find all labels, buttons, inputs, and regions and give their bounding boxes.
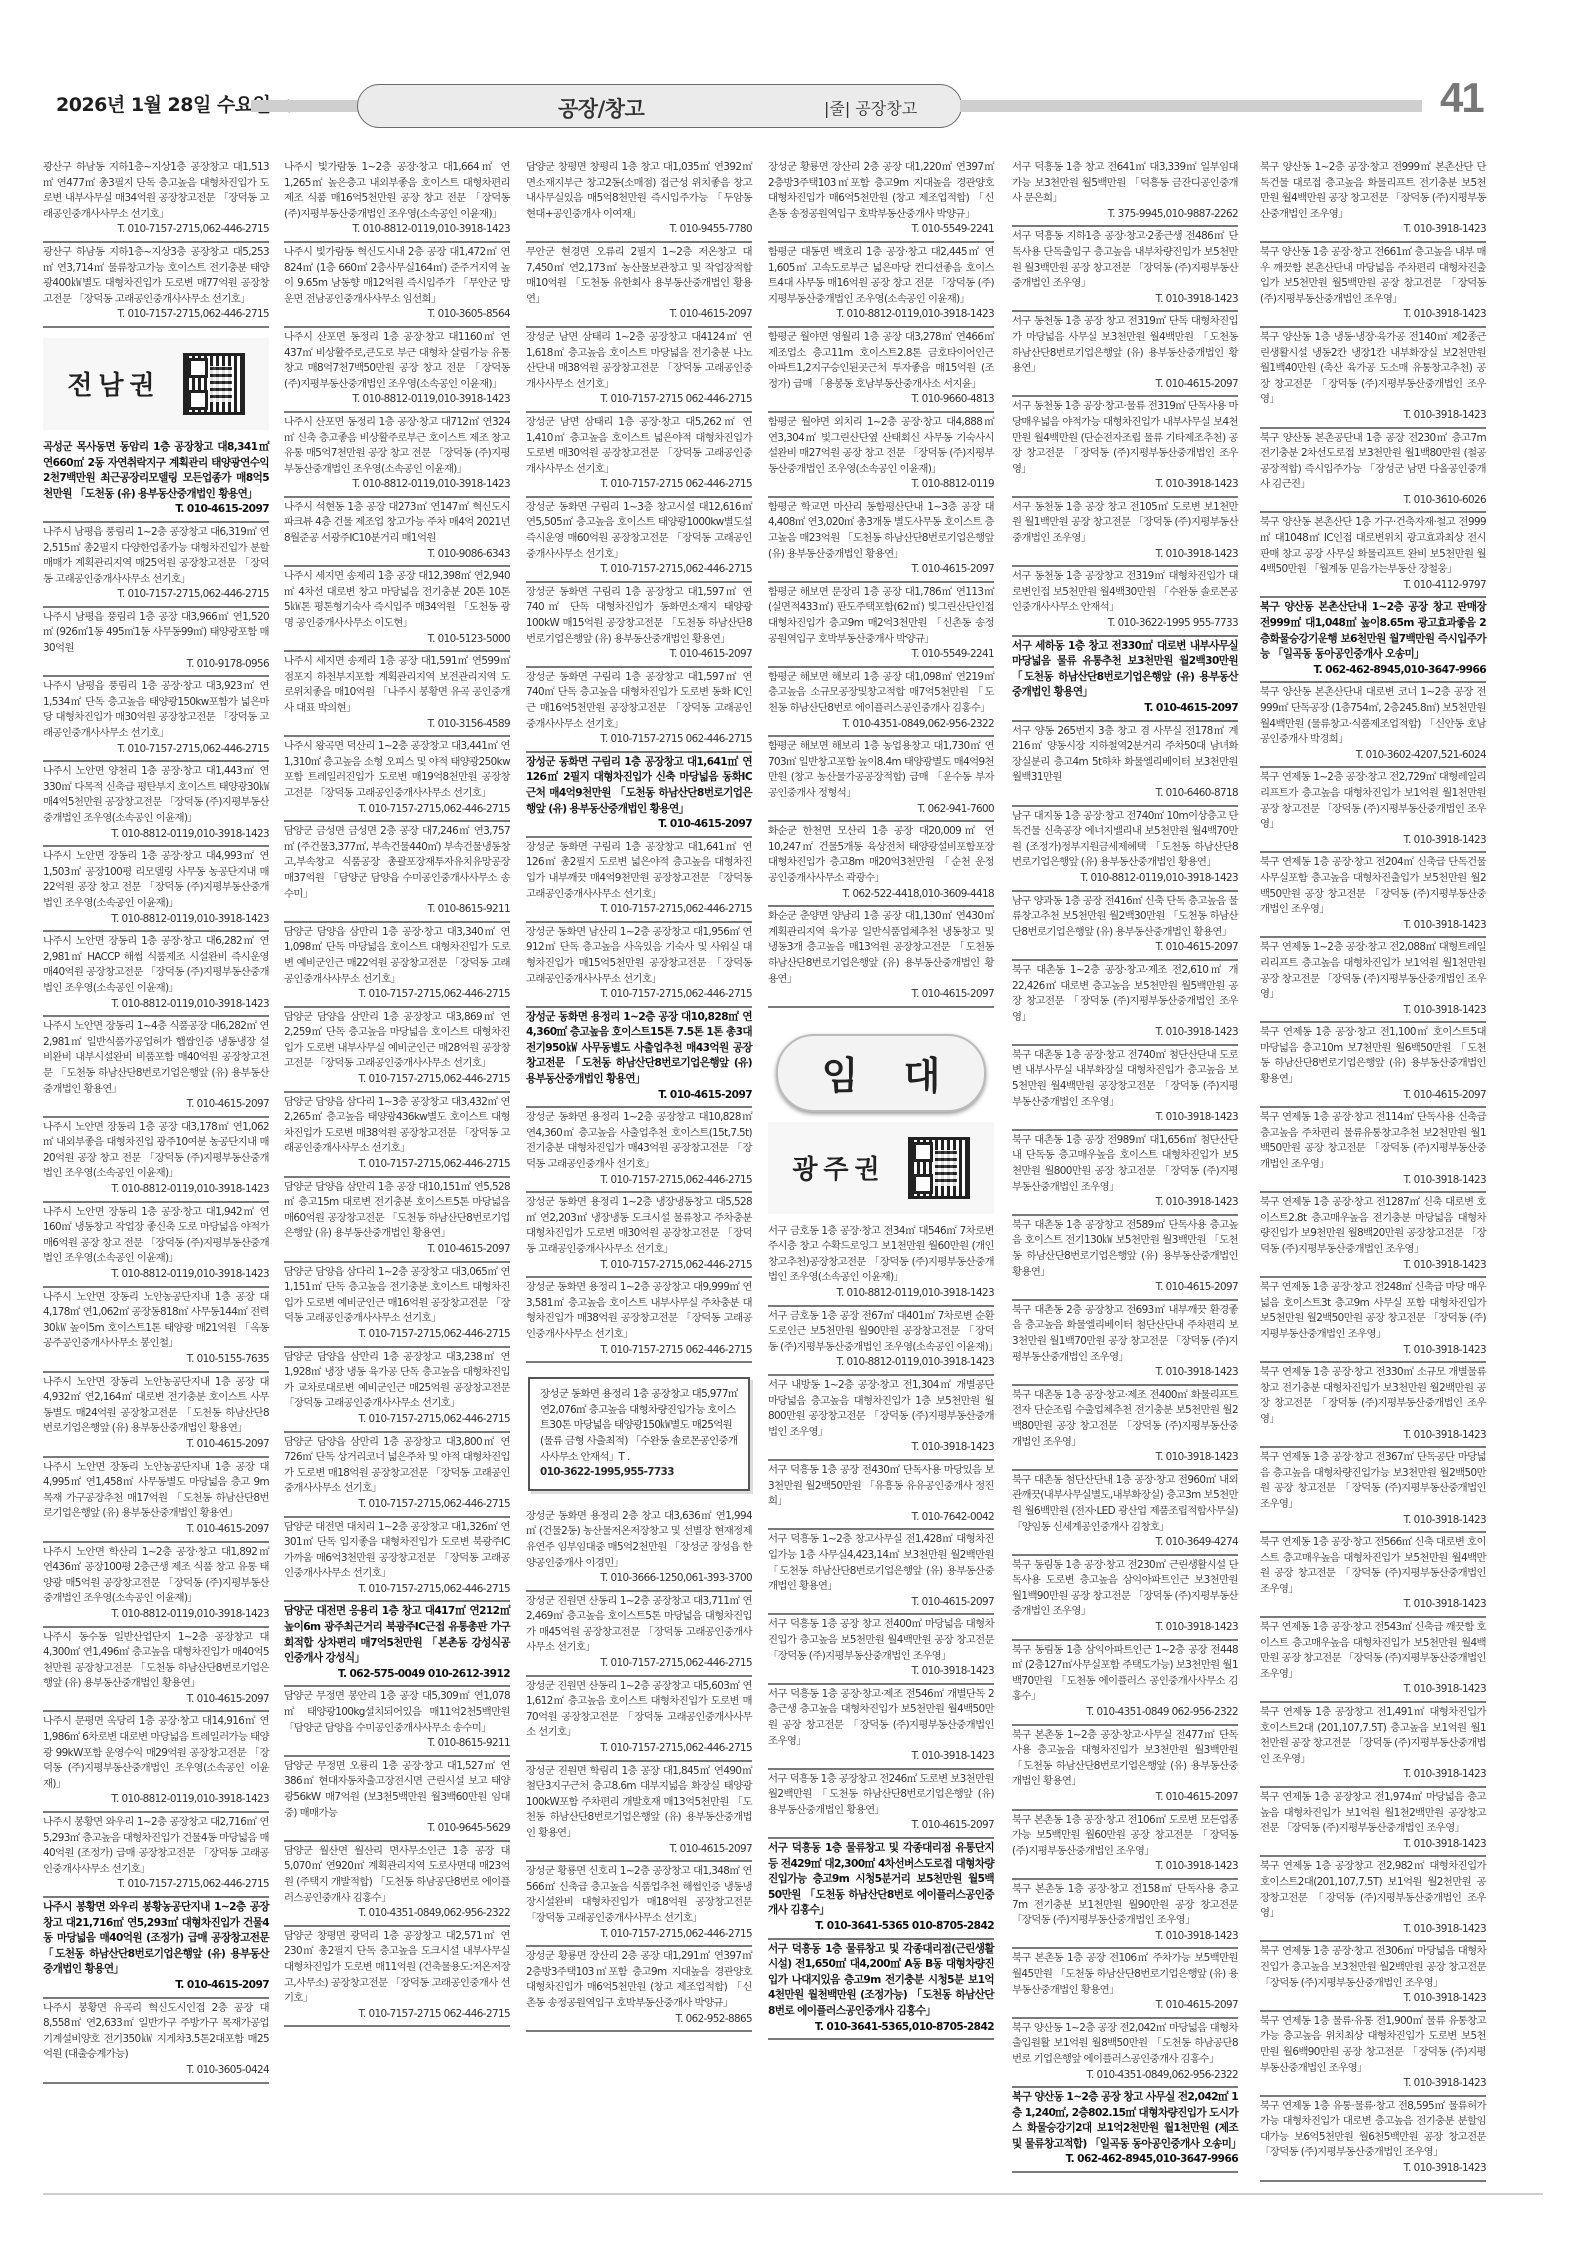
listing-phone: T. 010-8812-0119,010-3918-1423 [43, 1607, 269, 1623]
listing-text: 북구 대촌동 1층 공장·창고 전740㎡ 첨단산단내 도로변 내부사무실 내부… [1012, 1049, 1238, 1108]
listing-text: 북구 대촌동 1층 공장창고 전589㎡ 단독사용 층고높음 호이스트 전기13… [1012, 1219, 1238, 1278]
divider-bar [960, 100, 1422, 112]
listing-text: 장성군 황룡면 신호리 1~2층 공장창고 대1,348㎡ 연566㎡ 신축급 … [526, 1865, 752, 1924]
listing-phone: T. 010-7157-2715 062-446-2715 [526, 392, 752, 408]
listing-ad: 장성군 동화면 용정리 1~2층 냉장냉동창고 대5,528㎡ 연2,203㎡ … [526, 1193, 752, 1278]
listing-ad: 북구 본촌동 1층 공장·창고 전158㎡ 단독사용 층고7m 전기충분 보1천… [1012, 1880, 1238, 1949]
listing-phone: T. 010-7157-2715,062-446-2715 [43, 1877, 269, 1893]
listing-text: 곡성군 목사동면 동암리 1층 공장창고 대8,341㎡ 연660㎡ 2동 자연… [43, 441, 269, 500]
listing-text: 나주시 산포면 동정리 1층 공장·창고 대1160㎡ 연437㎡ 비상활주로,… [284, 331, 510, 390]
listing-phone: T. 010-3918-1423 [1260, 1003, 1486, 1019]
listing-phone: T. 010-7642-0042 [768, 1510, 994, 1526]
listing-phone: T. 010-8812-0119,010-3918-1423 [768, 1286, 994, 1302]
listing-ad: 장성군 황룡면 장산리 2층 공장 대1,291㎡ 연397㎡ 2층방3주택10… [526, 1947, 752, 2032]
listing-ad: 북구 동림동 1층 삼익아파트인근 1~2층 공장 전448㎡ (2층127㎡사… [1012, 1641, 1238, 1726]
listing-text: 서구 동천동 1층 공장·창고·물류 전319㎡ 단독사용 마당매우넓음 야적가… [1012, 400, 1238, 474]
listing-ad: 함평군 월야면 외치리 1~2층 공장·창고 대4,888㎡ 연3,304㎡ 빛… [768, 413, 994, 498]
qr-code-icon [908, 1137, 970, 1199]
listing-phone: T. 010-8812-0119 [768, 477, 994, 493]
listing-text: 장성군 동화면 구림리 1층 공장창고 대1,641㎡ 연126㎡ 2필지 대형… [526, 756, 752, 815]
listing-phone: T. 010-7157-2715,062-446-2715 [284, 1157, 510, 1173]
listing-ad: 장성군 동화면 남산리 1~2층 공장창고 대1,956㎡ 연912㎡ 단독 층… [526, 923, 752, 1008]
listing-ad: 북구 연제동 1층 공장·창고 전367㎡ 단독공단 마당넓음 층고높음 대형차… [1260, 1448, 1486, 1533]
listing-phone: T. 010-3622-1995 955-7733 [1012, 616, 1238, 632]
column-2: 나주시 빛가람동 1~2층 공장·창고 대1,664㎡ 연1,265㎡ 높은층고… [284, 158, 510, 2027]
listing-text: 함평군 대동면 백호리 1층 공장·창고 대2,445㎡ 연1,605㎡ 고속도… [768, 246, 994, 305]
listing-phone: T. 010-3918-1423 [1260, 222, 1486, 238]
listing-phone: T. 010-3918-1423 [1012, 1620, 1238, 1636]
listing-ad: 장성군 남면 삼태리 1~2층 공장창고 대4124㎡ 연1,618㎡ 층고높음… [526, 328, 752, 413]
listing-phone: T. 010-8812-0119,010-3918-1423 [43, 1267, 269, 1283]
listing-text: 북구 대촌동 1~2층 공장·창고·제조 전2,610㎡ 개22,426㎡ 대로… [1012, 964, 1238, 1023]
listing-ad: 나주시 노안면 장동리 노안농공단지내 1층 공장 대4,995㎡ 연1,458… [43, 1458, 269, 1543]
listing-phone: T. 010-3610-6026 [1260, 493, 1486, 509]
listing-phone: T. 010-7157-2715,062-446-2715 [526, 1258, 752, 1274]
listing-phone: T. 010-7157-2715,062-446-2715 [284, 1327, 510, 1343]
listing-ad: 장성군 황룡면 장산리 2층 공장 대1,220㎡ 연397㎡ 2층방3주택10… [768, 158, 994, 243]
listing-text: 나주시 남평읍 풍림리 1층 공장·창고 대3,923㎡ 연1,534㎡ 단독 … [43, 680, 269, 739]
section-pill: 공장/창고 |줄| 공장창고 [357, 84, 962, 128]
listing-ad: 서구 내방동 1~2층 공장·창고 전1,304㎡ 개별공단 마당넓음 층고높음… [768, 1376, 994, 1461]
listing-ad: 북구 양산동 1~2층 공장 창고 사무실 전2,042㎡ 1층 1,240㎡,… [1012, 2088, 1238, 2173]
classified-columns: 광산구 하남동 지하1층~지상1층 공장창고 대1,513㎡ 연477㎡ 총3필… [43, 158, 1543, 2178]
listing-ad: 무안군 현경면 오류리 2필지 1~2층 저온창고 대7,450㎡ 연2,173… [526, 243, 752, 328]
listing-phone: T. 010-8812-0119,010-3918-1423 [284, 392, 510, 408]
listing-phone: T. 010-3156-4589 [284, 717, 510, 733]
listing-ad: 광산구 하남동 지하1층~지상1층 공장창고 대1,513㎡ 연477㎡ 총3필… [43, 158, 269, 243]
column-1: 광산구 하남동 지하1층~지상1층 공장창고 대1,513㎡ 연477㎡ 총3필… [43, 158, 269, 2084]
listing-phone: T. 062-941-7600 [768, 802, 994, 818]
listing-ad: 남구 양과동 1층 공장 전416㎡ 신축 단독 층고높음 물류창고추천 보5천… [1012, 892, 1238, 961]
listing-phone: T. 010-7157-2715 062-446-2715 [526, 477, 752, 493]
listing-ad: 북구 연제동 1층 공장·창고 전248㎡ 신축급 마당 매우넓음 호이스트3t… [1260, 1278, 1486, 1363]
listing-text: 서구 덕흥동 1층 물류창고 및 각종대리점(근린생활시설) 전1,650㎡ 대… [768, 1943, 994, 2017]
listing-phone: T. 010-7157-2715,062-446-2715 [43, 307, 269, 323]
listing-phone: T. 010-3918-1423 [1260, 1682, 1486, 1698]
listing-phone: T. 010-4615-2097 [768, 987, 994, 1003]
listing-phone: T. 010-3918-1423 [1012, 477, 1238, 493]
listing-text: 서구 덕흥동 1층 창고 전641㎡ 대3,339㎡ 일부임대가능 보3천만원 … [1012, 161, 1238, 204]
listing-ad: 서구 세하동 1층 창고 전330㎡ 대로변 내부사무실 마당넓음 물류 유통추… [1012, 637, 1238, 722]
listing-text: 나주시 봉황면 와우리 1~2층 공장창고 대2,716㎡ 연5,293㎡ 층고… [43, 1816, 269, 1875]
listing-ad: 나주시 노안면 장동리 1층 공장·창고 대6,282㎡ 연2,981㎡ HAC… [43, 932, 269, 1017]
listing-ad: 나주시 세지면 송제리 1층 공장 대1,591㎡ 연599㎡ 점포지 하천부지… [284, 652, 510, 737]
listing-text: 화순군 춘양면 양남리 1층 공장 대1,130㎡ 연430㎡ 계획관리지역 육… [768, 910, 994, 984]
listing-phone: T. 010-3918-1423 [1260, 1343, 1486, 1359]
listing-phone: T. 010-4615-2097 [43, 1437, 269, 1453]
listing-text: 화순군 한천면 모산리 1층 공장 대20,009㎡ 연10,247㎡ 건물5개… [768, 825, 994, 884]
listing-text: 북구 양산동 본촌산단내 대로변 코너 1~2층 공장 전999㎡ 단독공장 (… [1260, 686, 1486, 745]
listing-phone: T. 010-9178-0956 [43, 657, 269, 673]
listing-phone: T. 010-8615-9211 [284, 902, 510, 918]
listing-ad: 나주시 노안면 장동리 노안농공단지내 1층 공장 대4,932㎡ 연2,164… [43, 1373, 269, 1458]
listing-text: 함평군 월야면 영월리 1층 공장 대3,278㎡ 연466㎡ 제조업소 층고1… [768, 331, 994, 390]
listing-phone: T. 010-9455-7780 [526, 222, 752, 238]
listing-phone: T. 010-3649-4274 [1012, 1535, 1238, 1551]
divider-bar [251, 100, 361, 112]
listing-text: 장성군 황룡면 장산리 2층 공장 대1,220㎡ 연397㎡ 2층방3주택10… [768, 161, 994, 220]
listing-ad: 서구 동천동 1층 공장창고 전319㎡ 대형차진입가 대로변인접 보5천만원 … [1012, 567, 1238, 636]
listing-text: 담양군 금성면 금성면 2층 공장 대7,246㎡ 연3,757㎡ (주건물3,… [284, 825, 510, 899]
listing-text: 북구 연제동 1~2층 공장·창고 전2,088㎡ 대형트레일리리프트 층고높음… [1260, 941, 1486, 1000]
listing-phone: T. 010-4615-2097 [526, 647, 752, 663]
listing-ad: 북구 대촌동 1층 공장·창고 전740㎡ 첨단산단내 도로변 내부사무실 내부… [1012, 1046, 1238, 1131]
listing-text: 북구 연제동 1~2층 공장·창고 전2,729㎡ 대형레일리리프트가 층고높음… [1260, 771, 1486, 830]
listing-text: 나주시 산포면 동정리 1층 공장·창고 대712㎡ 연324㎡ 신축 층고좋음… [284, 416, 510, 475]
listing-ad: 북구 양산동 본촌산단내 대로변 코너 1~2층 공장 전999㎡ 단독공장 (… [1260, 683, 1486, 768]
region-banner-jeonnam: 전남권 [43, 338, 269, 430]
listing-ad: 나주시 노안면 장동리 노안농공단지내 1층 공장 대4,178㎡ 연1,062… [43, 1288, 269, 1373]
listing-text: 담양군 대전면 응용리 1층 창고 대417㎡ 연212㎡ 높이6m 광주최근거… [284, 1605, 510, 1664]
listing-ad: 북구 연제동 1층 공장창고 전1,491㎡ 대형차진입가 호이스트2대 (20… [1260, 1703, 1486, 1788]
listing-ad: 북구 연제동 1층 공장·창고 전114㎡ 단독사용 신축급 층고높음 주차편리… [1260, 1108, 1486, 1193]
listing-ad: 담양군 담양읍 삼만리 1층 공장창고 대3,238㎡ 연1,928㎡ 냉장 냉… [284, 1348, 510, 1433]
listing-ad: 나주시 문평면 옥당리 1층 공장·창고 대14,916㎡ 연1,986㎡ 6차… [43, 1712, 269, 1813]
listing-text: 서구 동천동 1층 공장 창고 전319㎡ 단독 대형차진입가 마당넓음 사무실… [1012, 315, 1238, 374]
listing-text: 북구 연제동 1층 공장·창고 전114㎡ 단독사용 신축급 층고높음 주차편리… [1260, 1111, 1486, 1170]
listing-text: 서구 금호동 1층 공장 전67㎡ 대401㎡ 7차로변 순환도로인근 보5천만… [768, 1310, 998, 1353]
listing-phone: T. 010-3641-5365 010-8705-2842 [768, 1919, 994, 1935]
listing-phone: T. 010-3918-1423 [1260, 1513, 1486, 1529]
date-text: 2026년 1월 28일 수요일 [56, 94, 271, 116]
listing-text: 나주시 문평면 옥당리 1층 공장·창고 대14,916㎡ 연1,986㎡ 6차… [43, 1715, 269, 1789]
listing-text: 북구 양산동 1~2층 공장·창고 전999㎡ 본촌산단 단독건물 대로접 층고… [1260, 161, 1486, 220]
listing-text: 장성군 동화면 용정리 1~2층 공장 대10,828㎡ 연4,360㎡ 층고높… [526, 1011, 752, 1085]
listing-phone: T. 010-3918-1423 [1260, 1428, 1486, 1444]
listing-ad: 북구 연제동 1층 공장·창고 전204㎡ 신축급 단독건물 사무실포함 층고높… [1260, 853, 1486, 938]
listing-ad: 담양군 담양읍 삼만리 1층 공장창고 대3,800㎡ 연726㎡ 단독 상거리… [284, 1433, 510, 1518]
listing-text: 북구 연제동 1층 공장창고 전1,974㎡ 마당넓음 층고높음 대형차진입가 … [1260, 1791, 1486, 1834]
listing-text: 북구 양산동 본촌공단내 1층 공장 전230㎡ 층고7m 전기충분 2차선도로… [1260, 432, 1486, 491]
column-3: 담양군 창평면 창평리 1층 창고 대1,035㎡ 연392㎡ 면소재지부근 창… [526, 158, 752, 2032]
listing-phone: T. 010-3918-1423 [1260, 1258, 1486, 1274]
listing-phone: T. 010-3918-1423 [1260, 833, 1486, 849]
listing-phone: T. 010-4615-2097 [43, 502, 269, 518]
listing-phone: T. 010-4615-2097 [43, 1097, 269, 1113]
listing-text: 북구 연제동 1층 공장·창고 전204㎡ 신축급 단독건물 사무실포함 층고높… [1260, 856, 1486, 915]
listing-text: 광산구 하남동 지하1층~지상1층 공장창고 대1,513㎡ 연477㎡ 총3필… [43, 161, 269, 220]
listing-ad: 북구 연제동 1층 공장창고 전2,982㎡ 대형차진입가 호이스트2대(201… [1260, 1857, 1486, 1942]
listing-text: 북구 양산동 본촌산단 1층 가구·건축자재·철고 전999㎡ 대1048㎡ I… [1260, 516, 1486, 575]
listing-phone: T. 010-8615-9211 [284, 1736, 510, 1752]
listing-ad: 담양군 금성면 금성면 2층 공장 대7,246㎡ 연3,757㎡ (주건물3,… [284, 822, 510, 923]
listing-ad: 나주시 남평읍 풍림리 1층 공장 대3,966㎡ 연1,520㎡ (926㎡1… [43, 608, 269, 677]
listing-ad: 나주시 봉황면 유곡리 혁신도시인접 2층 공장 대8,558㎡ 연2,633㎡… [43, 1999, 269, 2084]
listing-phone: T. 010-7157-2715,062-446-2715 [526, 902, 752, 918]
listing-phone: T. 010-7157-2715,062-446-2715 [526, 1927, 752, 1943]
listing-ad: 담양군 무정면 봉안리 1층 공장 대5,309㎡ 연1,078㎡ 태양광100… [284, 1687, 510, 1756]
listing-ad: 나주시 봉황면 와우리 봉황농공단지내 1~2층 공장창고 대21,716㎡ 연… [43, 1898, 269, 1999]
listing-text: 북구 동림동 1층 삼익아파트인근 1~2층 공장 전448㎡ (2층127㎡사… [1012, 1644, 1238, 1703]
listing-text: 북구 연제동 1층 공장·창고 전367㎡ 단독공단 마당넓음 층고높음 대형차… [1260, 1451, 1486, 1510]
listing-text: 북구 본촌동 1층 공장·창고 전106㎡ 도로변 모든업종가능 보5백만원 월… [1012, 1814, 1238, 1857]
listing-ad: 장성군 동화면 구림리 1층 공장창고 대1,641㎡ 연126㎡ 2필지 대형… [526, 753, 752, 838]
column-5: 서구 덕흥동 1층 창고 전641㎡ 대3,339㎡ 일부임대가능 보3천만원 … [1012, 158, 1238, 2173]
listing-ad: 나주시 빛가람동 혁신도시내 2층 공장 대1,472㎡ 연824㎡ (1층 6… [284, 243, 510, 328]
listing-ad: 나주시 왕곡면 덕산리 1~2층 공장창고 대3,441㎡ 연1,310㎡ 층고… [284, 737, 510, 822]
listing-ad: 북구 대촌동 1층 공장·창고·제조 전400㎡ 화물리프트 전자 단순조립 수… [1012, 1386, 1238, 1471]
listing-text: 나주시 왕곡면 덕산리 1~2층 공장창고 대3,441㎡ 연1,310㎡ 층고… [284, 740, 510, 799]
listing-phone: T. 010-7157-2715,062-446-2715 [526, 562, 752, 578]
boxed-ad-text: 장성군 동화면 용정리 1층 공장창고 대5,977㎡ 연2,076㎡ 층고높음… [540, 1387, 738, 1465]
listing-ad: 서구 덕흥동 지하1층 공장·창고·2종근생 전486㎡ 단독사용 단독출입구 … [1012, 227, 1238, 312]
listing-text: 나주시 노안면 학산리 1~2층 공장·창고 대1,892㎡ 연436㎡ 공장1… [43, 1546, 269, 1605]
listing-text: 장성군 동화면 남산리 1~2층 공장창고 대1,956㎡ 연912㎡ 단독 층… [526, 926, 752, 985]
listing-phone: T. 010-8812-0119,010-3918-1423 [768, 307, 994, 323]
listing-ad: 서구 동천동 1층 공장 창고 전105㎡ 도로변 보1천만원 월1백만원 공장… [1012, 498, 1238, 567]
listing-text: 함평군 해보면 해보리 1층 농업용창고 대1,730㎡ 연703㎡ 일반창고포… [768, 740, 994, 799]
listing-phone: T. 010-3918-1423 [1012, 1195, 1238, 1211]
listing-ad: 함평군 대동면 백호리 1층 공장·창고 대2,445㎡ 연1,605㎡ 고속도… [768, 243, 994, 328]
listing-phone: T. 010-3918-1423 [1260, 1922, 1486, 1938]
listing-ad: 북구 연제동 1층 물류·유통 전1,900㎡ 물류 유통창고가능 층고높음 위… [1260, 2012, 1486, 2097]
listing-phone: T. 010-8812-0119,010-3918-1423 [1012, 871, 1238, 887]
listing-ad: 북구 연제동 1층 공장·창고 전543㎡ 신축급 깨끗함 호이스트 층고매우높… [1260, 1618, 1486, 1703]
listing-ad: 광산구 하남동 지하1층~지상3층 공장창고 대5,253㎡ 연3,714㎡ 물… [43, 243, 269, 328]
listing-text: 장성군 남면 삼태리 1층 공장·창고 대5,262㎡ 연1,410㎡ 층고높음… [526, 416, 752, 475]
listing-phone: T. 375-9945,010-9887-2262 [1012, 207, 1238, 223]
listing-text: 북구 양산동 1층 공장·창고 전661㎡ 층고높음 내부 매우 깨끗함 본촌산… [1260, 246, 1486, 305]
listing-phone: T. 010-7157-2715,062-446-2715 [284, 1072, 510, 1088]
listing-text: 나주시 남평읍 풍림리 1층 공장 대3,966㎡ 연1,520㎡ (926㎡1… [43, 611, 269, 654]
listing-phone: T. 010-3918-1423 [1260, 2076, 1486, 2092]
listing-phone: T. 062-462-8945,010-3647-9966 [1260, 663, 1486, 679]
listing-text: 서구 세하동 1층 창고 전330㎡ 대로변 내부사무실 마당넓음 물류 유통추… [1012, 640, 1238, 699]
listing-phone: T. 010-3918-1423 [1260, 1991, 1486, 2007]
listing-phone: T. 010-6460-8718 [1012, 786, 1238, 802]
listing-text: 북구 연제동 1층 공장·창고 전248㎡ 신축급 마당 매우넓음 호이스트3t… [1260, 1281, 1486, 1340]
listing-ad: 장성군 동화면 구림리 1층 공장창고 대1,597㎡ 연740㎡ 단독 대형차… [526, 583, 752, 668]
listing-phone: T. 010-4351-0849,062-956-2322 [284, 1906, 510, 1922]
listing-phone: T. 010-3918-1423 [768, 1749, 994, 1765]
listing-ad: 나주시 세지면 송제리 1층 공장 대12,398㎡ 연2,940㎡ 4차선 대… [284, 567, 510, 652]
listing-text: 서구 동천동 1층 공장창고 전319㎡ 대형차진입가 대로변인접 보5천만원 … [1012, 570, 1238, 613]
listing-text: 남구 양과동 1층 공장 전416㎡ 신축 단독 층고높음 물류창고추천 보5천… [1012, 895, 1238, 938]
listing-text: 나주시 노안면 장동리 1~4층 식품공장 대6,282㎡ 연2,981㎡ 일반… [43, 1020, 269, 1094]
listing-phone: T. 010-4615-2097 [1012, 1790, 1238, 1806]
listing-phone: T. 010-3918-1423 [1260, 918, 1486, 934]
listing-phone: T. 010-4615-2097 [1012, 1280, 1238, 1296]
listing-text: 담양군 담양읍 삼만리 1층 공장창고 대3,869㎡ 연2,259㎡ 단독 층… [284, 1011, 510, 1070]
listing-phone: T. 010-7157-2715,062-446-2715 [43, 742, 269, 758]
listing-phone: T. 010-4615-2097 [1260, 1088, 1486, 1104]
listing-ad: 북구 연제동 1층 공장·창고 전1,100㎡ 호이스트5대 마당넓음 층고10… [1260, 1023, 1486, 1108]
column-4: 장성군 황룡면 장산리 2층 공장 대1,220㎡ 연397㎡ 2층방3주택10… [768, 158, 994, 2040]
listing-phone: T. 010-8812-0119,010-3918-1423 [43, 912, 269, 928]
listing-ad: 담양군 대전면 응용리 1층 창고 대417㎡ 연212㎡ 높이6m 광주최근거… [284, 1602, 510, 1687]
listing-ad: 나주시 산포면 동정리 1층 공장·창고 대1160㎡ 연437㎡ 비상활주로,… [284, 328, 510, 413]
listing-phone: T. 010-8812-0119,010-3918-1423 [43, 1792, 269, 1808]
listing-phone: T. 010-3918-1423 [1012, 1110, 1238, 1126]
section-title: 공장/창고 [558, 93, 644, 123]
listing-ad: 북구 연제동 1층 공장·창고 전1287㎡ 신축 대로변 호이스트2.8t 층… [1260, 1193, 1486, 1278]
listing-phone: T. 010-3641-5365,010-8705-2842 [768, 2020, 994, 2036]
listing-phone: T. 010-3918-1423 [1260, 1597, 1486, 1613]
listing-phone: T. 010-4615-2097 [1012, 940, 1238, 956]
listing-text: 나주시 봉황면 유곡리 혁신도시인접 2층 공장 대8,558㎡ 연2,633㎡… [43, 2002, 269, 2061]
listing-phone: T. 010-3918-1423 [1260, 1173, 1486, 1189]
listing-text: 북구 연제동 1층 물류·유통 전1,900㎡ 물류 유통창고가능 층고높음 위… [1260, 2015, 1486, 2074]
listing-phone: T. 010-8812-0119,010-3918-1423 [43, 1182, 269, 1198]
listing-phone: T. 010-3918-1423 [1012, 1365, 1238, 1381]
listing-ad: 북구 양산동 1~2층 공장·창고 전999㎡ 본촌산단 단독건물 대로접 층고… [1260, 158, 1486, 243]
qr-pattern [935, 1150, 957, 1186]
listing-ad: 담양군 담양읍 삼만리 1층 공장·창고 대3,340㎡ 연1,098㎡ 단독 … [284, 923, 510, 1008]
listing-ad: 북구 연제동 1층 공장창고 전1,974㎡ 마당넓음 층고높음 대형차진입가 … [1260, 1788, 1486, 1857]
listing-ad: 북구 본촌동 1~2층 공장·창고·사무실 전477㎡ 단독사용 층고높음 대형… [1012, 1726, 1238, 1811]
listing-ad: 북구 연제동 1층 공장·창고 전330㎡ 소규모 개별물류 창고 전기충분 대… [1260, 1363, 1486, 1448]
listing-phone: T. 010-3918-1423 [1260, 1837, 1486, 1853]
listing-ad: 장성군 동화면 구림리 1층 공장창고 대1,597㎡ 연740㎡ 단독 층고높… [526, 668, 752, 753]
listing-phone: T. 010-4615-2097 [284, 1242, 510, 1258]
listing-text: 담양군 무정면 오룡리 1층 공장·창고 대1,527㎡ 연386㎡ 현대자동차… [284, 1760, 510, 1819]
listing-ad: 남구 대지동 1층 공장·창고 전740㎡ 10m이상층고 단독건물 신축공장 … [1012, 807, 1238, 892]
listing-phone: T. 062-522-4418,010-3609-4418 [768, 887, 994, 903]
listing-text: 장성군 동화면 구림리 1층 공장창고 대1,641㎡ 연126㎡ 총2필지 도… [526, 841, 752, 900]
listing-text: 나주시 노안면 장동리 1층 공장 대3,178㎡ 연1,062㎡ 내외부좋음 … [43, 1121, 269, 1180]
listing-phone: T. 010-4615-2097 [43, 1522, 269, 1538]
listing-phone: T. 010-4351-0849 062-956-2322 [1012, 1705, 1238, 1721]
listing-text: 북구 연제동 1층 공장·창고 전306㎡ 마당넓음 대형차진입가 층고높음 보… [1260, 1945, 1486, 1988]
listing-ad: 나주시 남평읍 풍림리 1층 공장·창고 대3,923㎡ 연1,534㎡ 단독 … [43, 677, 269, 762]
listing-phone: T. 010-3918-1423 [1012, 547, 1238, 563]
listing-ad: 북구 양산동 1층 냉동·냉장·육가공 전140㎡ 제2종근린생활시설 냉동2칸… [1260, 328, 1486, 429]
listing-text: 북구 양산동 1~2층 공장 창고 사무실 전2,042㎡ 1층 1,240㎡,… [1012, 2091, 1241, 2150]
listing-ad: 담양군 담양읍 삼만리 1층 공장 대10,151㎡ 연5,528㎡ 층고15m… [284, 1178, 510, 1263]
listing-ad: 북구 본촌동 1층 공장 전106㎡ 주차가능 보5백만원 월45만원 「도천동… [1012, 1949, 1238, 2018]
listing-text: 서구 금호동 1층 공장·창고 전34㎡ 대546㎡ 7차로변 주시층 창고 수… [768, 1225, 994, 1284]
listing-text: 장성군 진원면 학림리 1층 공장 대1,845㎡ 연490㎡ 첨단3지구근처 … [526, 1765, 752, 1839]
listing-ad: 담양군 대전면 대치리 1~2층 공장창고 대1,326㎡ 연301㎡ 단독 입… [284, 1518, 510, 1603]
listing-ad: 나주시 노안면 장동리 1층 공장 대3,178㎡ 연1,062㎡ 내외부좋음 … [43, 1118, 269, 1203]
listing-phone: T. 010-7157-2715 062-446-2715 [284, 2007, 510, 2023]
listing-ad: 장성군 진원면 산동리 1~2층 공장창고 대5,603㎡ 연1,612㎡ 층고… [526, 1677, 752, 1762]
listing-ad: 함평군 해보면 해보리 1층 농업용창고 대1,730㎡ 연703㎡ 일반창고포… [768, 737, 994, 822]
listing-text: 장성군 황룡면 장산리 2층 공장 대1,291㎡ 연397㎡ 2층방3주택10… [526, 1950, 752, 2009]
lease-title: 임 대 [806, 1045, 957, 1100]
listing-phone: T. 010-7157-2715,062-446-2715 [526, 1656, 752, 1672]
listing-text: 나주시 남평읍 풍림리 1~2층 공장창고 대6,319㎡ 연2,515㎡ 총2… [43, 526, 269, 585]
listing-ad: 서구 덕흥동 1층 공장·창고·제조 전546㎡ 개별단독 2층근생 층고높음 … [768, 1685, 994, 1770]
listing-phone: T. 010-3605-8564 [284, 307, 510, 323]
listing-text: 장성군 동화면 구림리 1층 공장창고 대1,597㎡ 연740㎡ 단독 대형차… [526, 586, 752, 645]
region-banner-gwangju: 광주권 [768, 1122, 994, 1214]
listing-ad: 북구 대촌동 1층 공장 전989㎡ 대1,656㎡ 첨단산단내 단독동 층고매… [1012, 1131, 1238, 1216]
listing-text: 북구 연제동 1층 공장창고 전1,491㎡ 대형차진입가 호이스트2대 (20… [1260, 1706, 1486, 1765]
listing-ad: 북구 동림동 1층 공장·창고 전230㎡ 근린생활시설 단독사용 도로변 층고… [1012, 1556, 1238, 1641]
listing-text: 서구 덕흥동 1층 공장창고 전246㎡ 도로변 보3천만원 월2백만원 「도천… [768, 1773, 994, 1816]
region-title: 광주권 [792, 1149, 885, 1186]
listing-text: 담양군 담양읍 삼만리 1층 공장창고 대3,800㎡ 연726㎡ 단독 상거리… [284, 1436, 510, 1495]
listing-text: 북구 연제동 1층 공장·창고 전566㎡ 신축 대로변 호이스트 층고매우높음… [1260, 1536, 1486, 1595]
listing-phone: T. 010-8812-0119,010-3918-1423 [43, 997, 269, 1013]
listing-phone: T. 010-4615-2097 [1012, 377, 1238, 393]
listing-phone: T. 010-7157-2715,062-446-2715 [284, 987, 510, 1003]
listing-ad: 북구 대촌동 2층 공장창고 전693㎡ 내부깨끗 환경좋음 층고높음 화물엘리… [1012, 1301, 1238, 1386]
listing-phone: T. 010-7157-2715,062-446-2715 [43, 587, 269, 603]
listing-text: 장성군 동화면 용정리 1~2층 공장창고 대10,828㎡ 연4,360㎡ 층… [526, 1111, 752, 1170]
listing-ad: 서구 덕흥동 1층 물류창고 및 각종대리점 유통단지등 전429㎡ 대2,30… [768, 1839, 994, 1940]
listing-ad: 나주시 노안면 장동리 1층 공장·창고 대1,942㎡ 연160㎡ 냉동창고 … [43, 1203, 269, 1288]
listing-text: 함평군 해보면 해보리 1층 공장 대1,098㎡ 연219㎡ 층고높음 소규모… [768, 671, 994, 714]
listing-phone: T. 010-3918-1423 [768, 1664, 994, 1680]
listing-phone: T. 010-3918-1423 [768, 1440, 994, 1456]
listing-phone: T. 010-8812-0119,010-3918-1423 [768, 1355, 994, 1371]
listing-ad: 서구 덕흥동 1층 공장 창고 전400㎡ 마당넓음 대형차진입가 층고높음 보… [768, 1615, 994, 1684]
listing-text: 북구 대촌동 1층 공장·창고·제조 전400㎡ 화물리프트 전자 단순조립 수… [1012, 1389, 1238, 1448]
listing-phone: T. 010-7157-2715,062-446-2715 [284, 1582, 510, 1598]
listing-ad: 북구 본촌동 1층 공장·창고 전106㎡ 도로변 모든업종가능 보5백만원 월… [1012, 1811, 1238, 1880]
listing-text: 서구 덕흥동 1~2층 창고사무실 전1,428㎡ 대형차진입가능 1층 사무실… [768, 1533, 994, 1592]
listing-text: 북구 본촌동 1층 공장·창고 전158㎡ 단독사용 층고7m 전기충분 보1천… [1012, 1883, 1238, 1926]
listing-ad: 담양군 월산면 월산리 면사무소인근 1층 공장 대5,070㎡ 연920㎡ 계… [284, 1842, 510, 1927]
listing-phone: T. 010-3918-1423 [1260, 307, 1486, 323]
listing-ad: 함평군 월야면 영월리 1층 공장 대3,278㎡ 연466㎡ 제조업소 층고1… [768, 328, 994, 413]
listing-phone: T. 010-5123-5000 [284, 632, 510, 648]
listing-phone: T. 010-4615-2097 [526, 1088, 752, 1104]
listing-text: 담양군 월산면 월산리 면사무소인근 1층 공장 대5,070㎡ 연920㎡ 계… [284, 1845, 510, 1904]
listing-text: 장성군 동화면 구림리 1층 공장창고 대1,597㎡ 연740㎡ 단독 층고높… [526, 671, 752, 730]
listing-phone: T. 010-4615-2097 [526, 1842, 752, 1858]
listing-text: 나주시 노안면 장동리 1층 공장·창고 대6,282㎡ 연2,981㎡ HAC… [43, 935, 269, 994]
listing-text: 북구 동림동 1층 공장·창고 전230㎡ 근린생활시설 단독사용 도로변 층고… [1012, 1559, 1238, 1618]
region-title: 전남권 [67, 365, 160, 402]
listing-ad: 장성군 동화면 구림리 1층 공장창고 대1,641㎡ 연126㎡ 총2필지 도… [526, 838, 752, 923]
listing-phone: T. 010-9660-4813 [768, 392, 994, 408]
listing-phone: T. 010-9645-5629 [284, 1821, 510, 1837]
subsection-title: |줄| 공장창고 [824, 96, 917, 119]
listing-phone: T. 062-575-0049 010-2612-3912 [284, 1667, 510, 1683]
listing-ad: 서구 양동 265번지 3층 창고 겸 사무실 전178㎡ 계216㎡ 양동시장… [1012, 722, 1238, 807]
listing-phone: T. 010-4615-2097 [768, 1818, 994, 1834]
listing-phone: T. 010-4615-2097 [1012, 1998, 1238, 2014]
listing-text: 서구 내방동 1~2층 공장·창고 전1,304㎡ 개별공단 마당넓음 층고높음… [768, 1379, 994, 1438]
listing-text: 무안군 현경면 오류리 2필지 1~2층 저온창고 대7,450㎡ 연2,173… [526, 246, 752, 305]
column-6: 북구 양산동 1~2층 공장·창고 전999㎡ 본촌산단 단독건물 대로접 층고… [1260, 158, 1486, 2182]
listing-ad: 서구 덕흥동 1~2층 창고사무실 전1,428㎡ 대형차진입가능 1층 사무실… [768, 1530, 994, 1615]
listing-text: 북구 연제동 1층 공장창고 전2,982㎡ 대형차진입가 호이스트2대(201… [1260, 1860, 1486, 1919]
listing-phone: T. 010-4615-2097 [1012, 701, 1238, 717]
listing-phone: T. 010-4615-2097 [526, 817, 752, 833]
listing-ad: 장성군 진원면 산동리 1~2층 공장창고 대3,711㎡ 연2,469㎡ 층고… [526, 1592, 752, 1677]
listing-ad: 북구 양산동 본촌산단 1층 가구·건축자재·철고 전999㎡ 대1048㎡ I… [1260, 513, 1486, 598]
listing-ad: 장성군 동화면 용정리 2층 창고 대3,636㎡ 연1,994㎡ (건물2동)… [526, 1507, 752, 1592]
listing-ad: 장성군 동화면 용정리 1~2층 공장창고 대9,999㎡ 연3,581㎡ 층고… [526, 1278, 752, 1363]
listing-ad: 북구 양산동 1층 공장·창고 전661㎡ 층고높음 내부 매우 깨끗함 본촌산… [1260, 243, 1486, 328]
listing-ad: 함평군 학교면 마산리 동함평산단내 1~3층 공장 대4,408㎡ 연3,02… [768, 498, 994, 583]
listing-ad: 북구 연제동 1~2층 공장·창고 전2,729㎡ 대형레일리리프트가 층고높음… [1260, 768, 1486, 853]
listing-text: 담양군 담양읍 삼다리 1~2층 공장창고 대3,065㎡ 연1,151㎡ 단독… [284, 1266, 510, 1325]
listing-ad: 장성군 동화면 용정리 1~2층 공장 대10,828㎡ 연4,360㎡ 층고높… [526, 1008, 752, 1109]
listing-ad: 담양군 담양읍 삼만리 1층 공장창고 대3,869㎡ 연2,259㎡ 단독 층… [284, 1008, 510, 1093]
listing-text: 나주시 노안면 장동리 노안농공단지내 1층 공장 대4,995㎡ 연1,458… [43, 1461, 269, 1520]
listing-ad: 나주시 석현동 1층 공장 대273㎡ 연147㎡ 혁신도시 파크뷰 4층 건물… [284, 498, 510, 567]
listing-ad: 화순군 춘양면 양남리 1층 공장 대1,130㎡ 연430㎡ 계획관리지역 육… [768, 907, 994, 1008]
listing-phone: T. 010-5549-2241 [768, 222, 994, 238]
listing-ad: 서구 금호동 1층 공장·창고 전34㎡ 대546㎡ 7차로변 주시층 창고 수… [768, 1222, 994, 1307]
listing-phone: T. 010-7157-2715,062-446-2715 [284, 1497, 510, 1513]
listing-text: 북구 양산동 1층 냉동·냉장·육가공 전140㎡ 제2종근린생활시설 냉동2칸… [1260, 331, 1486, 405]
listing-text: 장성군 동화면 구림리 1~3층 창고시설 대12,616㎡ 연5,505㎡ 층… [526, 501, 752, 560]
listing-text: 나주시 노안면 장동리 1층 공장·창고 대1,942㎡ 연160㎡ 냉동창고 … [43, 1206, 269, 1265]
listing-text: 나주시 세지면 송제리 1층 공장 대1,591㎡ 연599㎡ 점포지 하천부지… [284, 655, 510, 714]
listing-phone: T. 010-4615-2097 [768, 1595, 994, 1611]
listing-text: 북구 양산동 본촌산단내 1~2층 공장 창고 판매장 전999㎡ 대1,048… [1260, 601, 1486, 660]
listing-phone: T. 010-3666-1250,061-393-3700 [526, 1571, 752, 1587]
listing-text: 담양군 담양읍 삼만리 1층 공장·창고 대3,340㎡ 연1,098㎡ 단독 … [284, 926, 510, 985]
lease-section-badge: 임 대 [776, 1034, 986, 1112]
listing-text: 북구 본촌동 1~2층 공장·창고·사무실 전477㎡ 단독사용 층고높음 대형… [1012, 1729, 1238, 1788]
